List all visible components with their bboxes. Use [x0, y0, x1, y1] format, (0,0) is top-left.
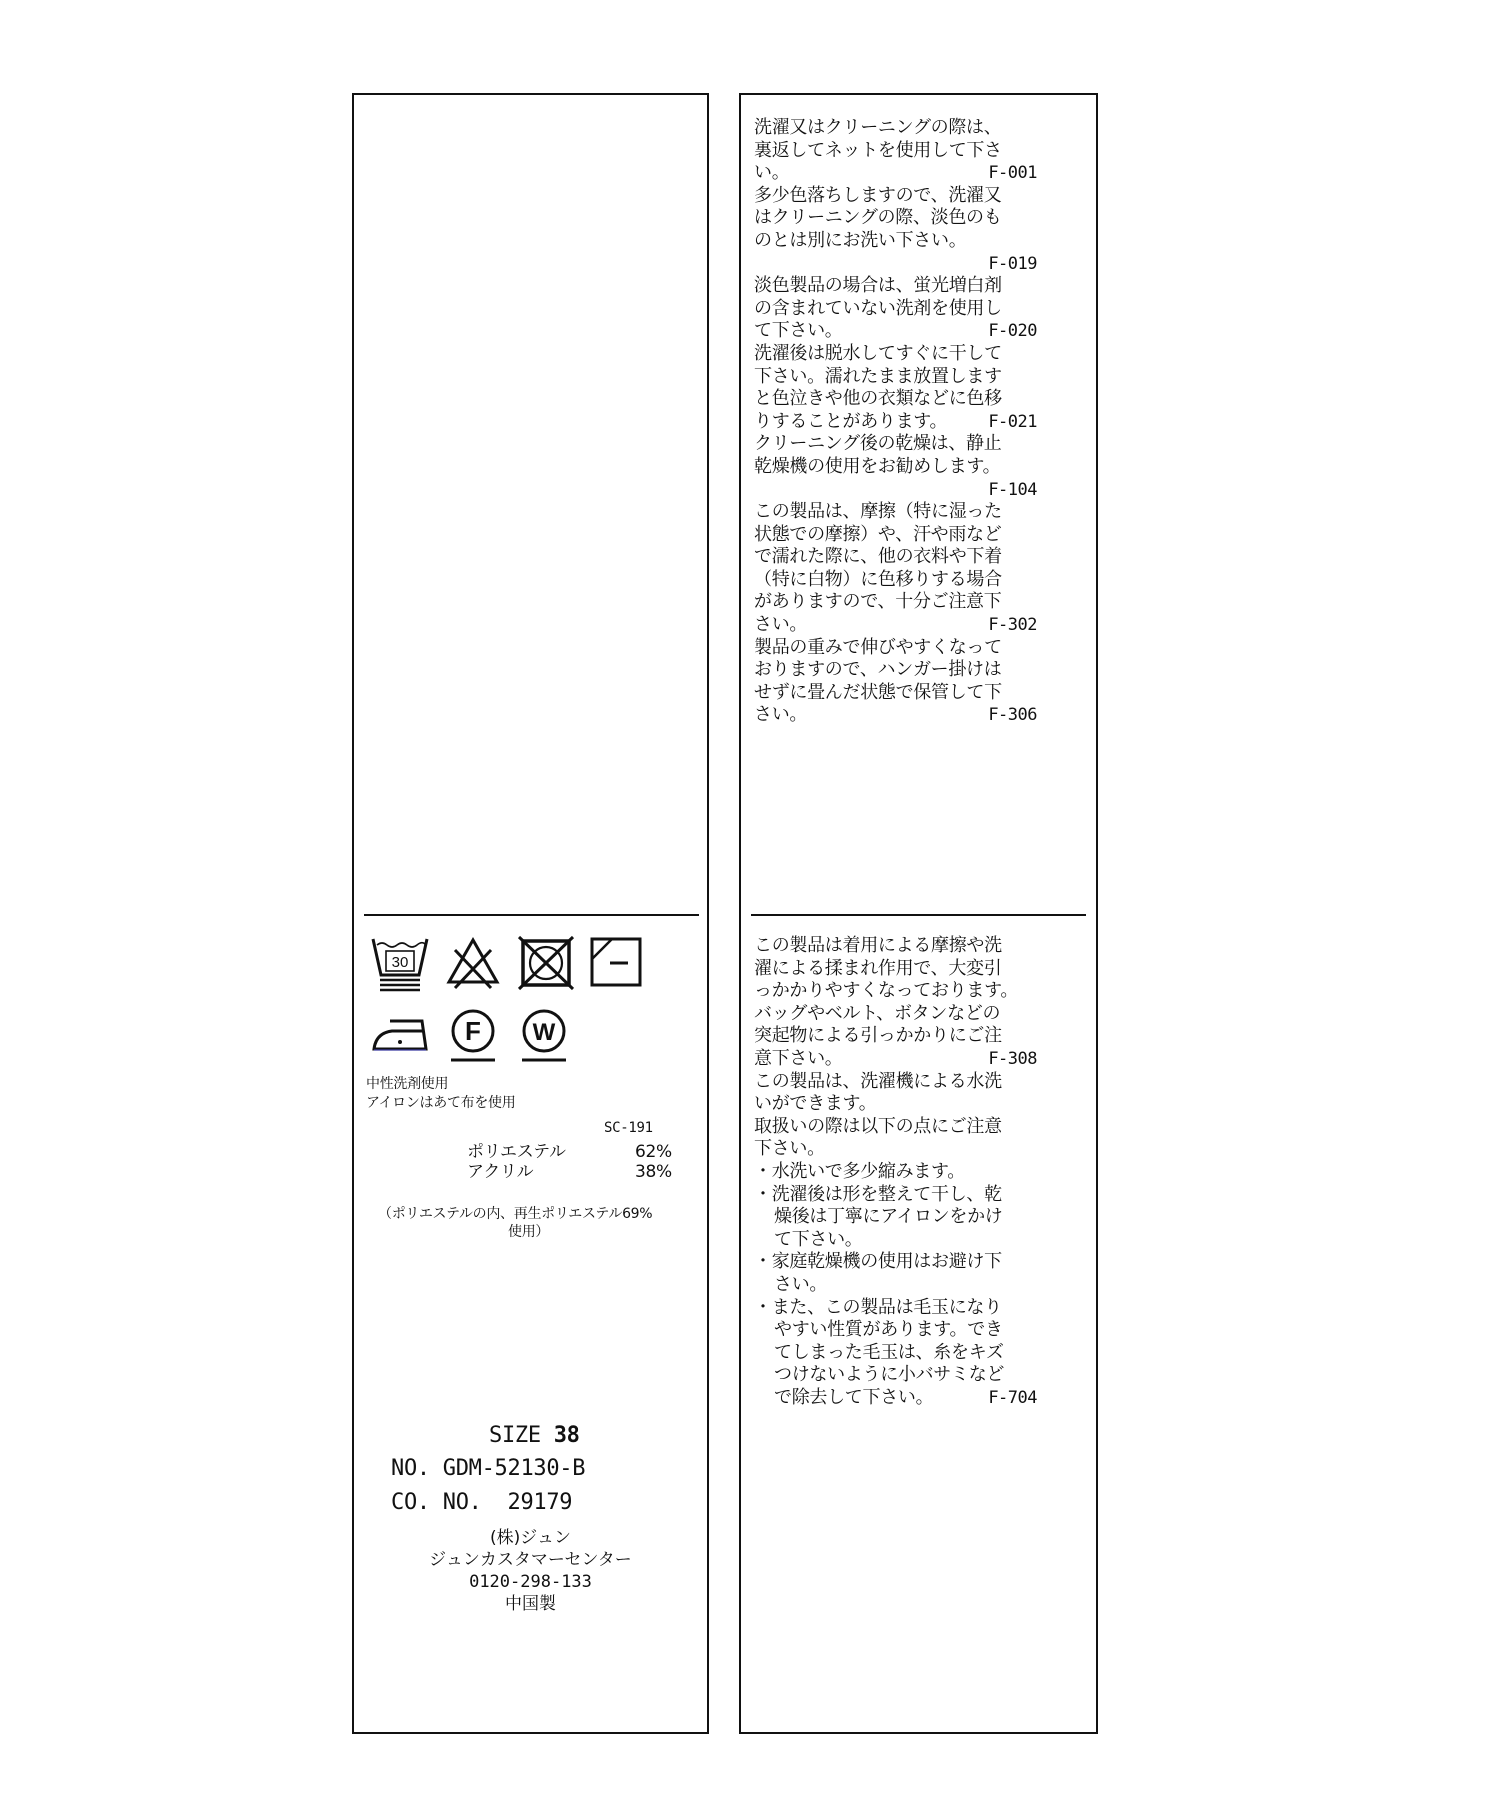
- instruction-line: 製品の重みで伸びやすくなって: [754, 637, 1037, 660]
- instruction-text: と色泣きや他の衣類などに色移: [754, 388, 1002, 409]
- instruction-text: せずに畳んだ状態で保管して下: [754, 682, 1002, 703]
- instruction-line: クリーニング後の乾燥は、静止: [754, 433, 1037, 456]
- instruction-line: と色泣きや他の衣類などに色移: [754, 388, 1037, 411]
- size-line: SIZE 38: [489, 1422, 580, 1450]
- wet-clean-w-gentle-icon: W: [517, 1008, 573, 1064]
- instruction-code: F-104: [988, 479, 1037, 502]
- instruction-line: やすい性質があります。でき: [754, 1319, 1037, 1342]
- phone-number: 0120-298-133: [354, 1571, 707, 1593]
- instruction-text: 淡色製品の場合は、蛍光増白剤: [754, 275, 1002, 296]
- company-name: (株)ジュン: [354, 1527, 707, 1549]
- instruction-text: て下さい。: [754, 320, 843, 341]
- instruction-line: がありますので、十分ご注意下: [754, 591, 1037, 614]
- instruction-text: ・家庭乾燥機の使用はお避け下: [754, 1251, 1002, 1272]
- instruction-text: の含まれていない洗剤を使用し: [754, 298, 1002, 319]
- instruction-text: やすい性質があります。でき: [774, 1319, 1003, 1340]
- instruction-line: 状態での摩擦）や、汗や雨など: [754, 524, 1037, 547]
- svg-text:30: 30: [392, 954, 409, 971]
- instruction-text: 洗濯又はクリーニングの際は、: [754, 117, 1001, 138]
- instruction-line: バッグやベルト、ボタンなどの: [754, 1003, 1037, 1026]
- instruction-text: この製品は、摩擦（特に湿った: [754, 501, 1002, 522]
- instruction-line: ・家庭乾燥機の使用はお避け下: [754, 1251, 1037, 1274]
- composition-material-2: アクリル: [467, 1163, 533, 1182]
- instruction-line: ・水洗いで多少縮みます。: [754, 1161, 1037, 1184]
- instruction-line: 濯による揉まれ作用で、大変引: [754, 958, 1037, 981]
- recycled-note-line2: 使用）: [508, 1223, 549, 1242]
- instruction-line: （特に白物）に色移りする場合: [754, 569, 1037, 592]
- instruction-line: 洗濯又はクリーニングの際は、: [754, 117, 1037, 140]
- right-divider: [751, 914, 1086, 916]
- instruction-code: F-302: [988, 614, 1037, 637]
- instruction-line: で除去して下さい。F-704: [754, 1387, 1037, 1410]
- instruction-line: ・洗濯後は形を整えて干し、乾: [754, 1184, 1037, 1207]
- instruction-line: 突起物による引っかかりにご注: [754, 1025, 1037, 1048]
- instruction-code: F-001: [988, 162, 1037, 185]
- instruction-text: りすることがあります。: [754, 411, 947, 432]
- size-value: 38: [554, 1423, 580, 1448]
- instruction-line: 取扱いの際は以下の点にご注意: [754, 1116, 1037, 1139]
- care-instructions-top: 洗濯又はクリーニングの際は、裏返してネットを使用して下さい。F-001多少色落ち…: [754, 117, 1037, 727]
- instruction-text: 意下さい。: [754, 1048, 843, 1069]
- instruction-line: 意下さい。F-308: [754, 1048, 1037, 1071]
- instruction-line: 多少色落ちしますので、洗濯又: [754, 185, 1037, 208]
- instruction-line: この製品は着用による摩擦や洗: [754, 935, 1037, 958]
- instruction-line: さい。: [754, 1274, 1037, 1297]
- instruction-line: せずに畳んだ状態で保管して下: [754, 682, 1037, 705]
- company-info: (株)ジュン ジュンカスタマーセンター 0120-298-133 中国製: [354, 1527, 707, 1615]
- instruction-line: りすることがあります。F-021: [754, 411, 1037, 434]
- wash-30-gentle-icon: 30: [370, 935, 430, 993]
- recycled-note-line1: （ポリエステルの内、再生ポリエステル69%: [378, 1205, 652, 1224]
- instruction-text: で濡れた際に、他の衣料や下着: [754, 546, 1002, 567]
- instruction-line: 下さい。: [754, 1138, 1037, 1161]
- care-instructions-bottom: この製品は着用による摩擦や洗濯による揉まれ作用で、大変引っかかりやすくなっており…: [754, 935, 1037, 1409]
- iron-low-icon: [370, 1015, 432, 1053]
- instruction-code: F-306: [988, 704, 1037, 727]
- instruction-text: 突起物による引っかかりにご注: [754, 1025, 1002, 1046]
- instruction-line: F-019: [754, 253, 1037, 276]
- instruction-text: クリーニング後の乾燥は、静止: [754, 433, 1001, 454]
- instruction-text: はクリーニングの際、淡色のも: [754, 207, 1001, 228]
- instruction-text: 濯による揉まれ作用で、大変引: [754, 958, 1001, 979]
- line-dry-shade-icon: [590, 937, 642, 987]
- instruction-line: い。F-001: [754, 162, 1037, 185]
- instruction-text: 下さい。濡れたまま放置します: [754, 366, 1002, 387]
- instruction-text: のとは別にお洗い下さい。: [754, 230, 966, 251]
- instruction-code: F-704: [988, 1387, 1037, 1410]
- instruction-code: F-308: [988, 1048, 1037, 1071]
- instruction-code: F-019: [988, 253, 1037, 276]
- country-of-origin: 中国製: [354, 1593, 707, 1615]
- instruction-line: おりますので、ハンガー掛けは: [754, 659, 1037, 682]
- svg-text:F: F: [465, 1016, 481, 1046]
- instruction-text: この製品は、洗濯機による水洗: [754, 1071, 1002, 1092]
- instruction-text: ・また、この製品は毛玉になり: [754, 1297, 1002, 1318]
- instruction-line: 燥後は丁寧にアイロンをかけ: [754, 1206, 1037, 1229]
- instruction-text: 下さい。: [754, 1138, 825, 1159]
- care-note-detergent: 中性洗剤使用: [366, 1075, 448, 1094]
- instruction-code: F-020: [988, 320, 1037, 343]
- instruction-line: のとは別にお洗い下さい。: [754, 230, 1037, 253]
- instruction-line: いができます。: [754, 1093, 1037, 1116]
- instruction-line: さい。F-306: [754, 704, 1037, 727]
- size-label: SIZE: [489, 1423, 541, 1448]
- instruction-text: 乾燥機の使用をお勧めします。: [754, 456, 1000, 477]
- instruction-line: っかかりやすくなっております。: [754, 980, 1037, 1003]
- instruction-line: て下さい。: [754, 1229, 1037, 1252]
- instruction-text: さい。: [754, 704, 807, 725]
- instruction-line: はクリーニングの際、淡色のも: [754, 207, 1037, 230]
- instruction-text: 洗濯後は脱水してすぐに干して: [754, 343, 1002, 364]
- instruction-line: 洗濯後は脱水してすぐに干して: [754, 343, 1037, 366]
- instruction-text: 多少色落ちしますので、洗濯又: [754, 185, 1001, 206]
- instruction-text: バッグやベルト、ボタンなどの: [754, 1003, 1000, 1024]
- co-number: CO. NO. 29179: [391, 1489, 572, 1517]
- care-code: SC-191: [604, 1119, 653, 1138]
- instruction-text: いができます。: [754, 1093, 876, 1114]
- instruction-line: て下さい。F-020: [754, 320, 1037, 343]
- instruction-line: 裏返してネットを使用して下さ: [754, 140, 1037, 163]
- instruction-text: さい。: [774, 1274, 827, 1295]
- instruction-text: つけないように小バサミなど: [774, 1364, 1004, 1385]
- instruction-line: つけないように小バサミなど: [754, 1364, 1037, 1387]
- composition-percent-2: 38%: [635, 1163, 672, 1182]
- instruction-text: 製品の重みで伸びやすくなって: [754, 637, 1002, 658]
- instruction-line: 淡色製品の場合は、蛍光増白剤: [754, 275, 1037, 298]
- instruction-text: 燥後は丁寧にアイロンをかけ: [774, 1206, 1002, 1227]
- instruction-text: この製品は着用による摩擦や洗: [754, 935, 1002, 956]
- instruction-text: ・水洗いで多少縮みます。: [754, 1161, 965, 1182]
- dry-clean-f-gentle-icon: F: [446, 1008, 502, 1064]
- instruction-line: てしまった毛玉は、糸をキズ: [754, 1342, 1037, 1365]
- instruction-line: 乾燥機の使用をお勧めします。: [754, 456, 1037, 479]
- instruction-code: F-021: [988, 411, 1037, 434]
- instruction-text: い。: [754, 162, 789, 183]
- no-tumble-dry-icon: [517, 935, 575, 991]
- svg-text:W: W: [533, 1019, 556, 1046]
- instruction-text: さい。: [754, 614, 807, 635]
- instruction-text: （特に白物）に色移りする場合: [754, 569, 1002, 590]
- composition-material-1: ポリエステル: [467, 1143, 566, 1162]
- instruction-text: っかかりやすくなっております。: [754, 980, 1018, 1001]
- instruction-line: F-104: [754, 479, 1037, 502]
- instruction-text: ・洗濯後は形を整えて干し、乾: [754, 1184, 1002, 1205]
- instruction-line: の含まれていない洗剤を使用し: [754, 298, 1037, 321]
- instruction-text: おりますので、ハンガー掛けは: [754, 659, 1001, 680]
- care-note-iron-cloth: アイロンはあて布を使用: [366, 1094, 515, 1113]
- instruction-line: 下さい。濡れたまま放置します: [754, 366, 1037, 389]
- instruction-line: この製品は、洗濯機による水洗: [754, 1071, 1037, 1094]
- customer-center: ジュンカスタマーセンター: [354, 1549, 707, 1571]
- instruction-text: て下さい。: [774, 1229, 863, 1250]
- instruction-line: さい。F-302: [754, 614, 1037, 637]
- instruction-text: で除去して下さい。: [774, 1387, 933, 1408]
- instruction-text: 裏返してネットを使用して下さ: [754, 140, 1002, 161]
- instruction-line: ・また、この製品は毛玉になり: [754, 1297, 1037, 1320]
- product-number: NO. GDM-52130-B: [391, 1455, 585, 1483]
- instruction-text: がありますので、十分ご注意下: [754, 591, 1001, 612]
- instruction-line: この製品は、摩擦（特に湿った: [754, 501, 1037, 524]
- no-bleach-icon: [445, 936, 501, 990]
- left-divider: [364, 914, 699, 916]
- instruction-text: 状態での摩擦）や、汗や雨など: [754, 524, 1001, 545]
- instruction-text: てしまった毛玉は、糸をキズ: [774, 1342, 1004, 1363]
- composition-percent-1: 62%: [635, 1143, 672, 1162]
- instruction-line: で濡れた際に、他の衣料や下着: [754, 546, 1037, 569]
- instruction-text: 取扱いの際は以下の点にご注意: [754, 1116, 1002, 1137]
